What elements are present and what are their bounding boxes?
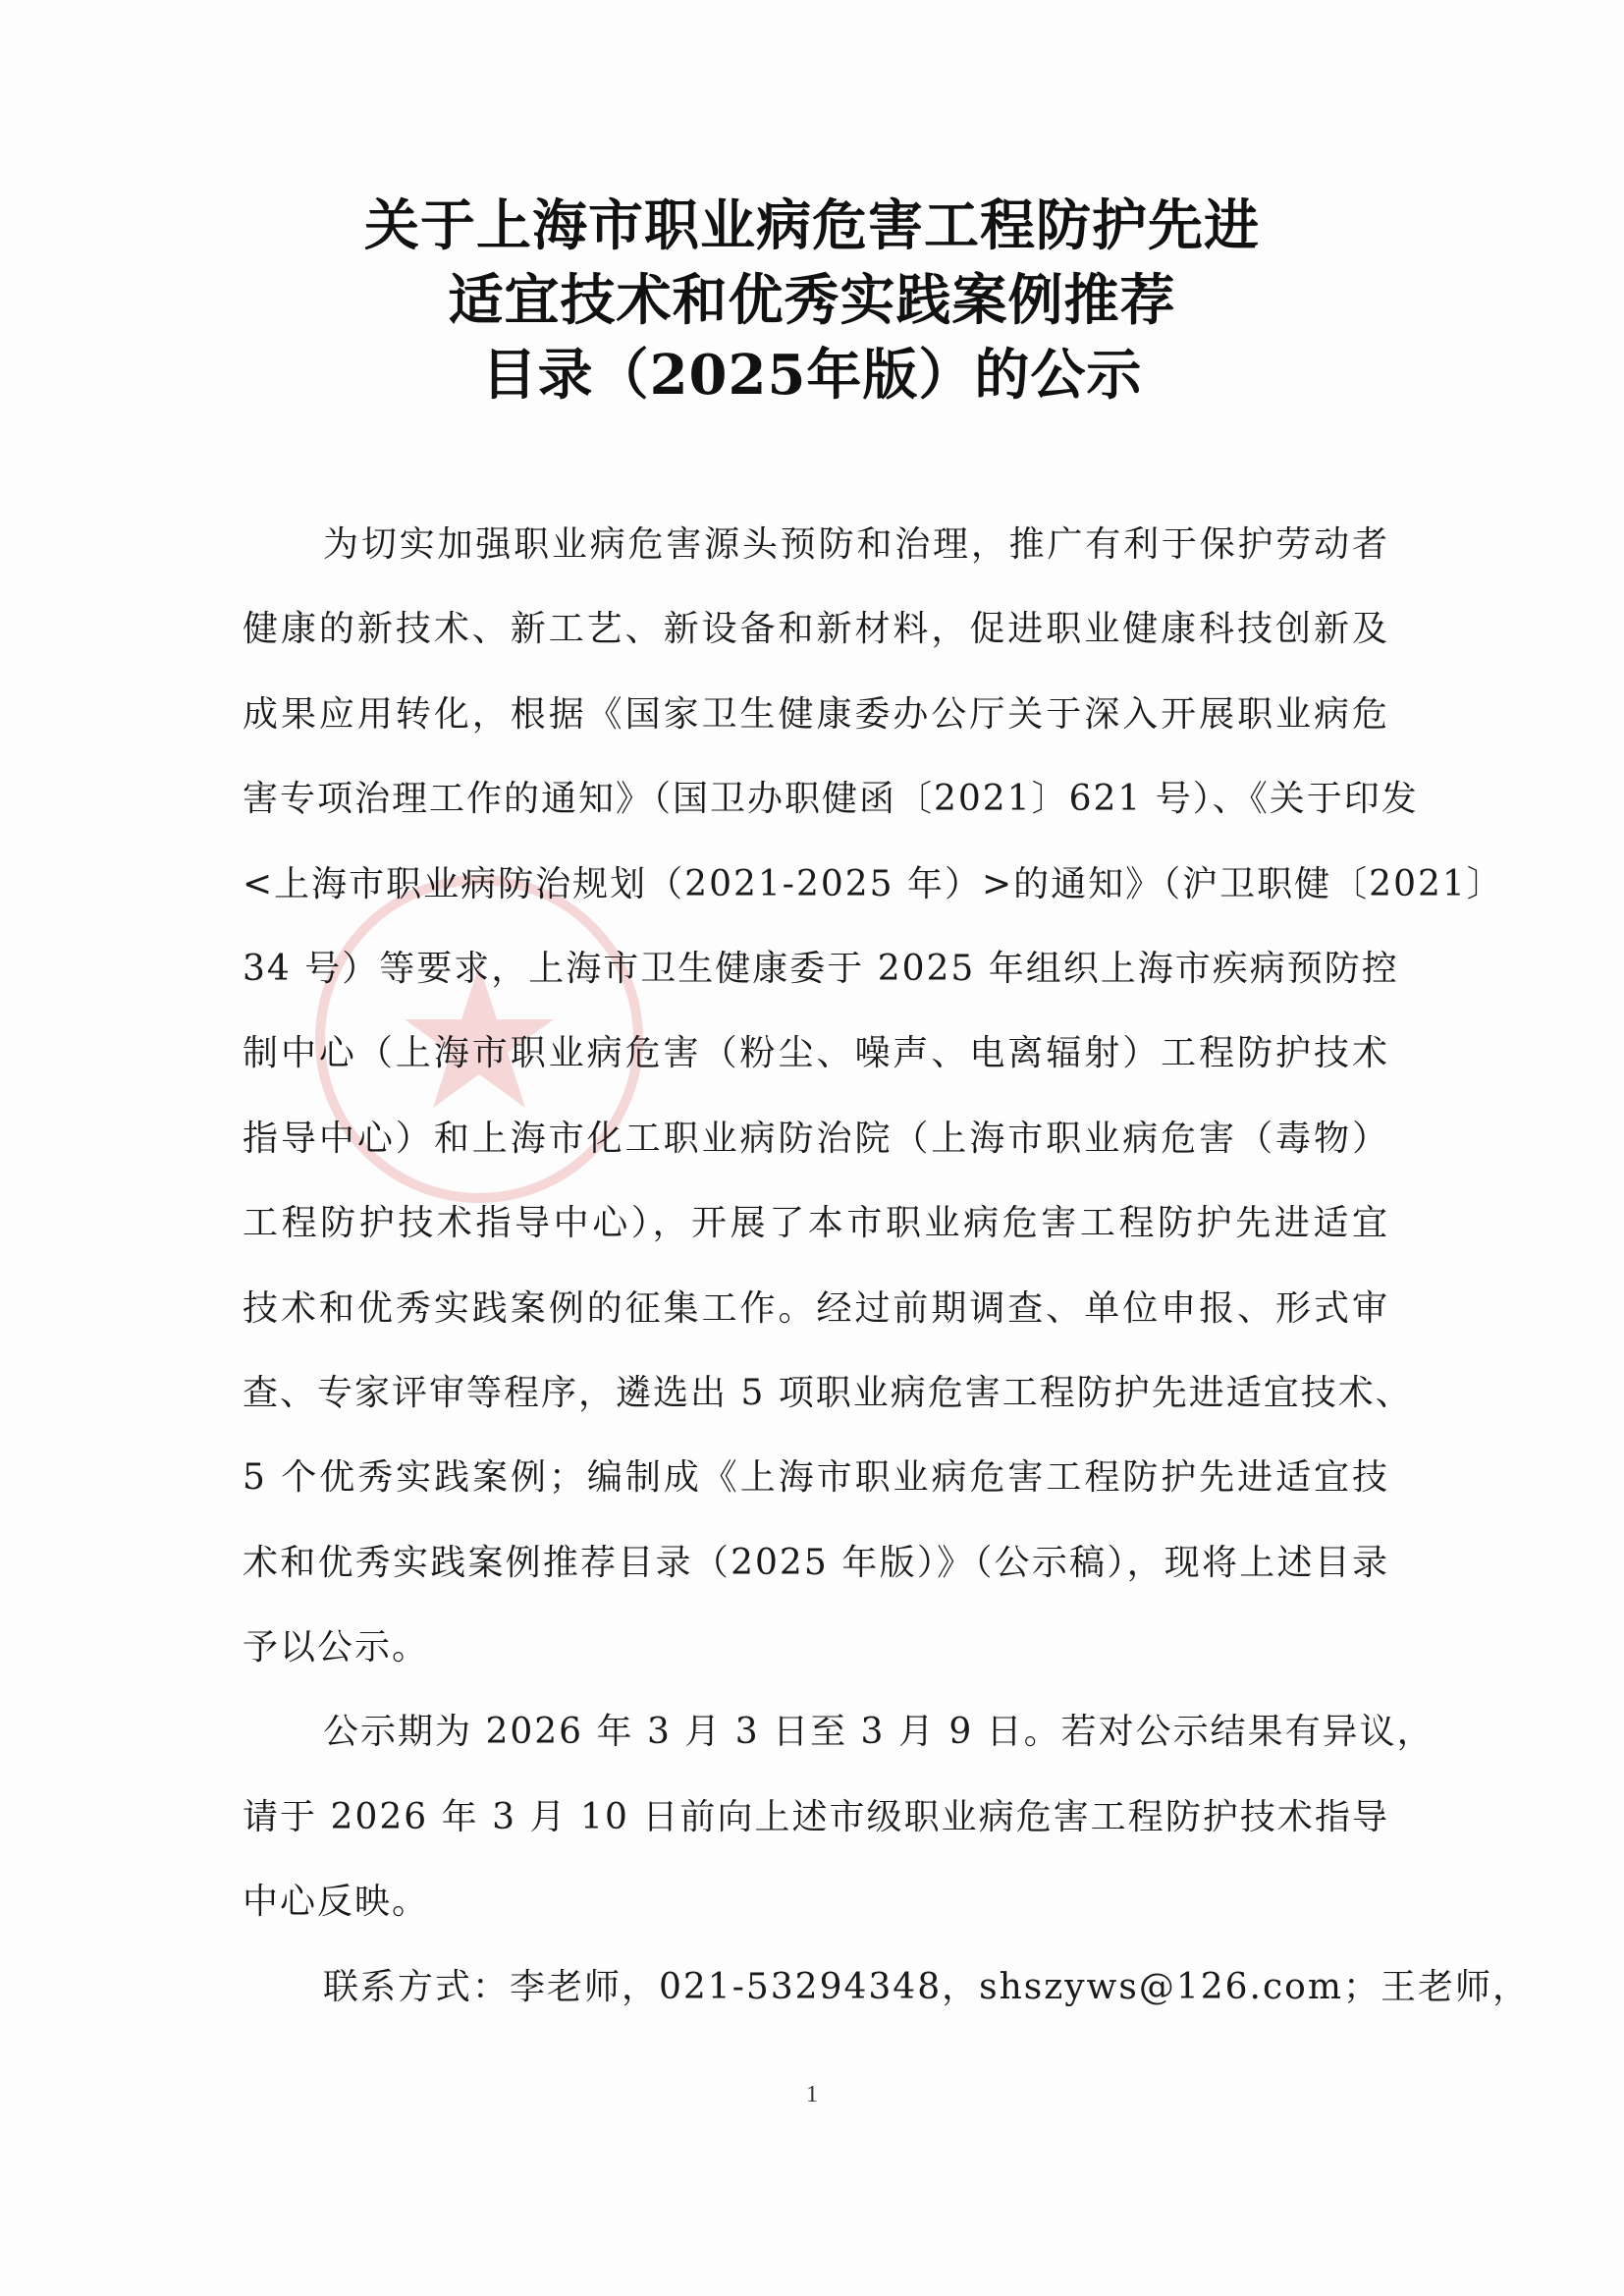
text-line: 公示期为 2026 年 3 月 3 日至 3 月 9 日。若对公示结果有异议， — [243, 1690, 1389, 1775]
paragraph-notice-period: 公示期为 2026 年 3 月 3 日至 3 月 9 日。若对公示结果有异议， … — [243, 1690, 1389, 1944]
text-line: 34 号）等要求，上海市卫生健康委于 2025 年组织上海市疾病预防控 — [243, 927, 1389, 1011]
text-line: 指导中心）和上海市化工职业病防治院（上海市职业病危害（毒物） — [243, 1097, 1389, 1181]
text-line: 健康的新技术、新工艺、新设备和新材料，促进职业健康科技创新及 — [243, 587, 1389, 672]
paragraph-intro: 为切实加强职业病危害源头预防和治理，推广有利于保护劳动者 健康的新技术、新工艺、… — [243, 503, 1389, 1690]
page-number: 1 — [0, 2082, 1624, 2108]
text-line: 技术和优秀实践案例的征集工作。经过前期调查、单位申报、形式审 — [243, 1267, 1389, 1351]
text-line: 术和优秀实践案例推荐目录（2025 年版）》（公示稿），现将上述目录 — [243, 1521, 1389, 1606]
text-line: <上海市职业病防治规划（2021-2025 年）>的通知》（沪卫职健〔2021〕 — [243, 843, 1389, 927]
text-line: 予以公示。 — [243, 1606, 1389, 1690]
document-body: 为切实加强职业病危害源头预防和治理，推广有利于保护劳动者 健康的新技术、新工艺、… — [243, 503, 1389, 2030]
text-line: 成果应用转化，根据《国家卫生健康委办公厅关于深入开展职业病危 — [243, 673, 1389, 757]
title-line: 关于上海市职业病危害工程防护先进 — [196, 189, 1428, 263]
text-line: 工程防护技术指导中心），开展了本市职业病危害工程防护先进适宜 — [243, 1181, 1389, 1266]
text-line: 害专项治理工作的通知》（国卫办职健函〔2021〕621 号）、《关于印发 — [243, 757, 1389, 842]
text-line: 中心反映。 — [243, 1860, 1389, 1944]
text-line: 制中心（上海市职业病危害（粉尘、噪声、电离辐射）工程防护技术 — [243, 1011, 1389, 1096]
document-page: 关于上海市职业病危害工程防护先进 适宜技术和优秀实践案例推荐 目录（2025年版… — [0, 0, 1624, 2296]
title-line: 适宜技术和优秀实践案例推荐 — [196, 263, 1428, 338]
document-title: 关于上海市职业病危害工程防护先进 适宜技术和优秀实践案例推荐 目录（2025年版… — [196, 189, 1428, 412]
title-line: 目录（2025年版）的公示 — [196, 338, 1428, 412]
text-line: 为切实加强职业病危害源头预防和治理，推广有利于保护劳动者 — [243, 503, 1389, 587]
text-line: 请于 2026 年 3 月 10 日前向上述市级职业病危害工程防护技术指导 — [243, 1776, 1389, 1860]
text-line: 5 个优秀实践案例；编制成《上海市职业病危害工程防护先进适宜技 — [243, 1436, 1389, 1520]
contact-line: 联系方式：李老师，021-53294348，shszyws@126.com；王老… — [243, 1945, 1389, 2030]
text-line: 查、专家评审等程序，遴选出 5 项职业病危害工程防护先进适宜技术、 — [243, 1351, 1389, 1436]
paragraph-contact: 联系方式：李老师，021-53294348，shszyws@126.com；王老… — [243, 1945, 1389, 2030]
